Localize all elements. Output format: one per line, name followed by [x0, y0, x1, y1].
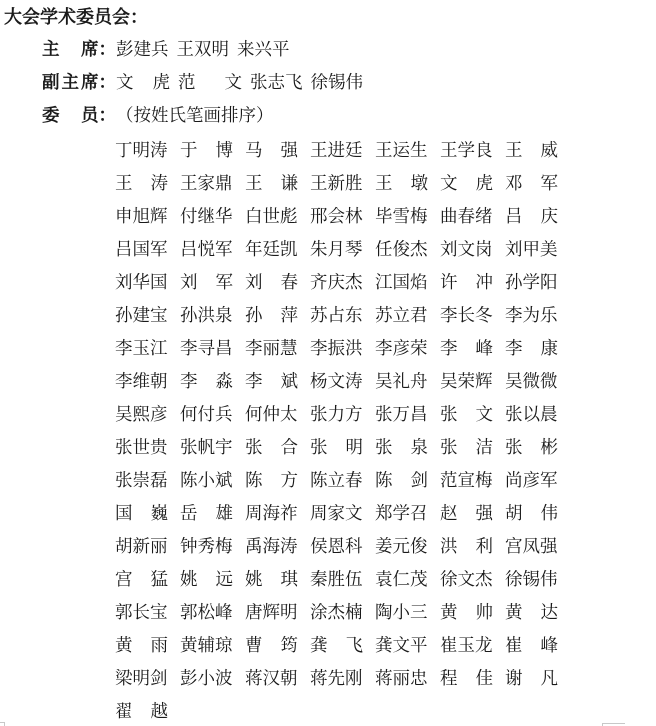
member-name: 姚琪 — [245, 568, 298, 601]
member-name-part: 周海祚 — [245, 502, 298, 535]
member-name-part: 方 — [281, 469, 299, 502]
member-name: 李玉江 — [115, 337, 168, 370]
member-name: 苏立君 — [375, 304, 428, 337]
member-name-part: 李玉江 — [115, 337, 168, 370]
member-name-part: 军 — [541, 172, 559, 205]
member-name-part: 墩 — [411, 172, 429, 205]
member-name: 姚远 — [180, 568, 233, 601]
member-name-part: 张 — [440, 436, 458, 469]
vice-chair-names: 文虎 范文 张志飞 徐锡伟 — [116, 71, 371, 95]
member-name-part: 宫 — [115, 568, 133, 601]
member-name: 禹海涛 — [245, 535, 298, 568]
member-name-part: 杨文涛 — [310, 370, 363, 403]
member-name-part: 博 — [216, 139, 234, 172]
member-name: 王运生 — [375, 139, 428, 172]
member-name: 翟越 — [115, 700, 168, 726]
member-name-part: 王运生 — [375, 139, 428, 172]
member-name-part: 王 — [115, 172, 133, 205]
member-name-part: 张 — [505, 436, 523, 469]
member-name-part: 强 — [281, 139, 299, 172]
vice-chair-name: 范文 — [178, 71, 242, 95]
member-name-part: 远 — [216, 568, 234, 601]
member-name: 张世贵 — [115, 436, 168, 469]
member-name-part: 郭长宝 — [115, 601, 168, 634]
member-name: 赵强 — [440, 502, 493, 535]
member-name-part: 春 — [281, 271, 299, 304]
member-name-part: 江国焰 — [375, 271, 428, 304]
member-name-part: 峰 — [476, 337, 494, 370]
member-name: 陈剑 — [375, 469, 428, 502]
member-name-part: 任俊杰 — [375, 238, 428, 271]
member-name: 刘文岗 — [440, 238, 493, 271]
member-name-part: 王 — [375, 172, 393, 205]
member-name: 李维朝 — [115, 370, 168, 403]
member-name: 孙萍 — [245, 304, 298, 337]
member-name: 吕庆 — [505, 205, 558, 238]
member-name-part: 龚文平 — [375, 634, 428, 667]
member-name: 申旭辉 — [115, 205, 168, 238]
member-name: 张力方 — [310, 403, 363, 436]
member-name-part: 李 — [440, 337, 458, 370]
member-name-part: 李寻昌 — [180, 337, 233, 370]
member-name: 王新胜 — [310, 172, 363, 205]
member-name-part: 孙 — [245, 304, 263, 337]
member-name-part: 于 — [180, 139, 198, 172]
member-name-part: 巍 — [151, 502, 169, 535]
member-name-part: 剑 — [411, 469, 429, 502]
member-name-part: 何付兵 — [180, 403, 233, 436]
member-name-part: 程 — [440, 667, 458, 700]
member-name: 吕国军 — [115, 238, 168, 271]
member-name: 李为乐 — [505, 304, 558, 337]
member-name: 白世彪 — [245, 205, 298, 238]
vice-chair-row: 副 主 席： 文虎 范文 张志飞 徐锡伟 — [42, 71, 371, 95]
member-name-part: 文 — [476, 403, 494, 436]
member-name-part: 国 — [115, 502, 133, 535]
member-name: 毕雪梅 — [375, 205, 428, 238]
member-name-part: 冲 — [476, 271, 494, 304]
member-name: 黄辅琼 — [180, 634, 233, 667]
member-name: 王进廷 — [310, 139, 363, 172]
member-name-part: 洁 — [476, 436, 494, 469]
member-name: 马强 — [245, 139, 298, 172]
member-name: 宫凤强 — [505, 535, 558, 568]
member-name-part: 郑学召 — [375, 502, 428, 535]
member-name-part: 刘甲美 — [505, 238, 558, 271]
member-name-part: 淼 — [216, 370, 234, 403]
member-name: 邢会林 — [310, 205, 363, 238]
member-name-part: 翟 — [115, 700, 133, 726]
member-name: 郑学召 — [375, 502, 428, 535]
member-name: 杨文涛 — [310, 370, 363, 403]
member-name: 付继华 — [180, 205, 233, 238]
chair-name: 彭建兵 — [116, 38, 169, 62]
member-name-part: 宫凤强 — [505, 535, 558, 568]
member-name: 李长冬 — [440, 304, 493, 337]
member-name-part: 姜元俊 — [375, 535, 428, 568]
member-name-part: 庆 — [541, 205, 559, 238]
member-name-part: 李彦荣 — [375, 337, 428, 370]
page-corner-mark — [0, 722, 5, 726]
member-name: 张泉 — [375, 436, 428, 469]
member-name: 尚彦军 — [505, 469, 558, 502]
member-name: 刘春 — [245, 271, 298, 304]
member-name: 曲春绪 — [440, 205, 493, 238]
member-name-part: 康 — [541, 337, 559, 370]
member-name-part: 朱月琴 — [310, 238, 363, 271]
member-name: 张明 — [310, 436, 363, 469]
member-name: 江国焰 — [375, 271, 428, 304]
member-name-part: 毕雪梅 — [375, 205, 428, 238]
member-name-part: 彭小波 — [180, 667, 233, 700]
member-name-part: 文 — [440, 172, 458, 205]
member-name-part: 张以晨 — [505, 403, 558, 436]
member-name: 郭松峰 — [180, 601, 233, 634]
member-name-part: 强 — [476, 502, 494, 535]
member-name-part: 姚 — [245, 568, 263, 601]
member-name-part: 利 — [476, 535, 494, 568]
member-name: 黄达 — [505, 601, 558, 634]
member-name-part: 泉 — [411, 436, 429, 469]
member-name-part: 越 — [151, 700, 169, 726]
vice-chair-label-char: 席： — [81, 71, 116, 95]
member-name-part: 李长冬 — [440, 304, 493, 337]
member-name-part: 徐文杰 — [440, 568, 493, 601]
member-name-part: 峰 — [541, 634, 559, 667]
member-name-part: 胡新丽 — [115, 535, 168, 568]
member-name-part: 丁明涛 — [115, 139, 168, 172]
member-name-part: 邢会林 — [310, 205, 363, 238]
member-name: 王墩 — [375, 172, 428, 205]
member-name-part: 申旭辉 — [115, 205, 168, 238]
vice-chair-name: 徐锡伟 — [311, 71, 364, 95]
member-name-part: 李为乐 — [505, 304, 558, 337]
member-name-part: 刘 — [245, 271, 263, 304]
member-name: 王家鼎 — [180, 172, 233, 205]
member-name-part: 许 — [440, 271, 458, 304]
member-name-part: 王学良 — [440, 139, 493, 172]
member-name-part: 何仲太 — [245, 403, 298, 436]
member-name-part: 胡 — [505, 502, 523, 535]
member-name-part: 梁明剑 — [115, 667, 168, 700]
member-name: 徐锡伟 — [505, 568, 558, 601]
member-name-part: 谢 — [505, 667, 523, 700]
member-name: 丁明涛 — [115, 139, 168, 172]
member-name: 蒋汉朝 — [245, 667, 298, 700]
member-name: 吴熙彦 — [115, 403, 168, 436]
member-name-part: 吴荣辉 — [440, 370, 493, 403]
member-name-part: 吕 — [505, 205, 523, 238]
member-name: 黄雨 — [115, 634, 168, 667]
member-name: 张崇磊 — [115, 469, 168, 502]
member-name-part: 徐锡伟 — [505, 568, 558, 601]
member-name-part: 白世彪 — [245, 205, 298, 238]
member-name: 刘甲美 — [505, 238, 558, 271]
member-name: 徐文杰 — [440, 568, 493, 601]
member-name-part: 孙洪泉 — [180, 304, 233, 337]
vice-chair-label-char: 副 — [42, 71, 60, 95]
member-name-part: 筠 — [281, 634, 299, 667]
member-name-part: 蒋汉朝 — [245, 667, 298, 700]
member-name-part: 李振洪 — [310, 337, 363, 370]
member-name: 张帆宇 — [180, 436, 233, 469]
member-name: 李寻昌 — [180, 337, 233, 370]
member-name-part: 齐庆杰 — [310, 271, 363, 304]
member-name: 刘军 — [180, 271, 233, 304]
member-name: 陈方 — [245, 469, 298, 502]
member-name-part: 涛 — [151, 172, 169, 205]
member-name: 齐庆杰 — [310, 271, 363, 304]
member-name-part: 孙学阳 — [505, 271, 558, 304]
member-name: 年廷凯 — [245, 238, 298, 271]
member-name-part: 吴礼舟 — [375, 370, 428, 403]
member-name-part: 赵 — [440, 502, 458, 535]
member-name: 吴礼舟 — [375, 370, 428, 403]
vice-chair-label: 副 主 席： — [42, 71, 116, 95]
member-name-part: 吴熙彦 — [115, 403, 168, 436]
member-name: 吕悦军 — [180, 238, 233, 271]
members-grid: 丁明涛于博马强王进廷王运生王学良王威王涛王家鼎王谦王新胜王墩文虎邓军申旭辉付继华… — [115, 139, 570, 726]
member-name: 文虎 — [440, 172, 493, 205]
member-name-part: 洪 — [440, 535, 458, 568]
member-name: 龚飞 — [310, 634, 363, 667]
member-name: 苏占东 — [310, 304, 363, 337]
member-name-part: 威 — [541, 139, 559, 172]
member-name: 张洁 — [440, 436, 493, 469]
member-name-part: 侯恩科 — [310, 535, 363, 568]
member-name: 李康 — [505, 337, 558, 370]
member-name-part: 崔玉龙 — [440, 634, 493, 667]
member-name-part: 虎 — [476, 172, 494, 205]
member-name-part: 吴微微 — [505, 370, 558, 403]
member-name: 张以晨 — [505, 403, 558, 436]
member-name-part: 合 — [281, 436, 299, 469]
member-name-part: 郭松峰 — [180, 601, 233, 634]
member-name-part: 张世贵 — [115, 436, 168, 469]
member-name: 陈立春 — [310, 469, 363, 502]
member-name: 崔峰 — [505, 634, 558, 667]
member-name-part: 蒋先刚 — [310, 667, 363, 700]
member-name-part: 钟秀梅 — [180, 535, 233, 568]
member-name-part: 黄 — [115, 634, 133, 667]
member-name-part: 张力方 — [310, 403, 363, 436]
member-name-part: 曹 — [245, 634, 263, 667]
member-name-part: 军 — [216, 271, 234, 304]
member-name-part: 邓 — [505, 172, 523, 205]
member-name: 范宣梅 — [440, 469, 493, 502]
member-name: 蒋丽忠 — [375, 667, 428, 700]
chair-row: 主 席： 彭建兵 王双明 来兴平 — [42, 38, 298, 62]
member-name-part: 姚 — [180, 568, 198, 601]
member-name: 刘华国 — [115, 271, 168, 304]
member-name-part: 李 — [180, 370, 198, 403]
member-name-part: 佳 — [476, 667, 494, 700]
member-name-part: 凡 — [541, 667, 559, 700]
member-name: 张文 — [440, 403, 493, 436]
member-name-part: 范宣梅 — [440, 469, 493, 502]
member-name: 曹筠 — [245, 634, 298, 667]
committee-title: 大会学术委员会： — [4, 6, 148, 30]
member-name-part: 张 — [245, 436, 263, 469]
member-name-part: 刘 — [180, 271, 198, 304]
member-name-part: 涂杰楠 — [310, 601, 363, 634]
member-label-char: 委 — [42, 104, 60, 128]
member-name: 郭长宝 — [115, 601, 168, 634]
member-name: 胡伟 — [505, 502, 558, 535]
member-name: 李彦荣 — [375, 337, 428, 370]
member-name-part: 彬 — [541, 436, 559, 469]
member-name-part: 王 — [245, 172, 263, 205]
member-name: 李振洪 — [310, 337, 363, 370]
member-name-part: 崔 — [505, 634, 523, 667]
member-name: 岳雄 — [180, 502, 233, 535]
member-name-part: 陈立春 — [310, 469, 363, 502]
member-name: 彭小波 — [180, 667, 233, 700]
member-name: 谢凡 — [505, 667, 558, 700]
member-name: 任俊杰 — [375, 238, 428, 271]
member-name: 梁明剑 — [115, 667, 168, 700]
chair-names: 彭建兵 王双明 来兴平 — [116, 38, 298, 62]
member-name-part: 王 — [505, 139, 523, 172]
member-name: 黄帅 — [440, 601, 493, 634]
member-name-part: 张万昌 — [375, 403, 428, 436]
member-name: 张合 — [245, 436, 298, 469]
member-name: 李峰 — [440, 337, 493, 370]
member-name: 王涛 — [115, 172, 168, 205]
member-name: 李丽慧 — [245, 337, 298, 370]
member-name: 吴荣辉 — [440, 370, 493, 403]
member-name-part: 黄辅琼 — [180, 634, 233, 667]
member-name-part: 雄 — [216, 502, 234, 535]
member-name-part: 张帆宇 — [180, 436, 233, 469]
member-name: 孙学阳 — [505, 271, 558, 304]
member-name-part: 苏立君 — [375, 304, 428, 337]
member-name-part: 李维朝 — [115, 370, 168, 403]
member-name-part: 黄 — [505, 601, 523, 634]
member-name: 周家文 — [310, 502, 363, 535]
member-name-part: 张 — [375, 436, 393, 469]
member-name: 王谦 — [245, 172, 298, 205]
member-name: 侯恩科 — [310, 535, 363, 568]
member-name-part: 陶小三 — [375, 601, 428, 634]
member-name: 陶小三 — [375, 601, 428, 634]
member-name-part: 张崇磊 — [115, 469, 168, 502]
member-name: 于博 — [180, 139, 233, 172]
member-name: 周海祚 — [245, 502, 298, 535]
member-name-part: 尚彦军 — [505, 469, 558, 502]
member-name: 孙建宝 — [115, 304, 168, 337]
member-name: 张万昌 — [375, 403, 428, 436]
member-name: 何付兵 — [180, 403, 233, 436]
member-name-part: 伟 — [541, 502, 559, 535]
member-name: 孙洪泉 — [180, 304, 233, 337]
member-name: 邓军 — [505, 172, 558, 205]
member-name-part: 萍 — [281, 304, 299, 337]
member-name: 许冲 — [440, 271, 493, 304]
member-name: 王学良 — [440, 139, 493, 172]
member-name: 袁仁茂 — [375, 568, 428, 601]
member-name-part: 猛 — [151, 568, 169, 601]
member-name-part: 李 — [505, 337, 523, 370]
member-name-part: 王家鼎 — [180, 172, 233, 205]
member-name: 钟秀梅 — [180, 535, 233, 568]
member-name-part: 岳 — [180, 502, 198, 535]
vice-chair-name: 文虎 — [116, 71, 170, 95]
member-name-part: 苏占东 — [310, 304, 363, 337]
member-name-part: 孙建宝 — [115, 304, 168, 337]
member-name-part: 斌 — [281, 370, 299, 403]
member-name: 程佳 — [440, 667, 493, 700]
chair-name: 来兴平 — [237, 38, 290, 62]
member-name-part: 张 — [440, 403, 458, 436]
member-name: 涂杰楠 — [310, 601, 363, 634]
member-name-part: 袁仁茂 — [375, 568, 428, 601]
member-name: 陈小斌 — [180, 469, 233, 502]
member-name: 唐辉明 — [245, 601, 298, 634]
member-name: 宫猛 — [115, 568, 168, 601]
member-name-part: 达 — [541, 601, 559, 634]
member-name-part: 帅 — [476, 601, 494, 634]
member-name: 王威 — [505, 139, 558, 172]
member-name-part: 李 — [245, 370, 263, 403]
member-name: 洪利 — [440, 535, 493, 568]
member-name-part: 李丽慧 — [245, 337, 298, 370]
member-name-part: 飞 — [346, 634, 364, 667]
chair-label-char: 主 — [42, 38, 60, 62]
member-name: 李淼 — [180, 370, 233, 403]
member-name: 朱月琴 — [310, 238, 363, 271]
member-name-part: 马 — [245, 139, 263, 172]
member-label-char: 员： — [81, 104, 116, 128]
member-name-part: 秦胜伍 — [310, 568, 363, 601]
member-name-part: 蒋丽忠 — [375, 667, 428, 700]
sort-note: （按姓氏笔画排序） — [116, 104, 274, 128]
member-name-part: 刘文岗 — [440, 238, 493, 271]
member-name-part: 谦 — [281, 172, 299, 205]
member-name: 吴微微 — [505, 370, 558, 403]
vice-chair-label-char: 主 — [62, 71, 80, 95]
member-name: 张彬 — [505, 436, 558, 469]
chair-label: 主 席： — [42, 38, 116, 62]
member-name-part: 雨 — [151, 634, 169, 667]
member-name-part: 王进廷 — [310, 139, 363, 172]
member-name: 秦胜伍 — [310, 568, 363, 601]
member-name: 姜元俊 — [375, 535, 428, 568]
member-row: 委 员： （按姓氏笔画排序） — [42, 104, 274, 128]
member-name-part: 曲春绪 — [440, 205, 493, 238]
member-name-part: 年廷凯 — [245, 238, 298, 271]
member-name-part: 唐辉明 — [245, 601, 298, 634]
member-name-part: 吕悦军 — [180, 238, 233, 271]
chair-label-char: 席： — [81, 38, 116, 62]
member-name-part: 陈 — [375, 469, 393, 502]
chair-name: 王双明 — [177, 38, 230, 62]
member-name-part: 琪 — [281, 568, 299, 601]
member-name: 李斌 — [245, 370, 298, 403]
member-name-part: 张 — [310, 436, 328, 469]
member-name-part: 王新胜 — [310, 172, 363, 205]
member-name-part: 明 — [346, 436, 364, 469]
member-name-part: 吕国军 — [115, 238, 168, 271]
member-name-part: 刘华国 — [115, 271, 168, 304]
member-name: 胡新丽 — [115, 535, 168, 568]
member-name-part: 陈 — [245, 469, 263, 502]
member-name: 龚文平 — [375, 634, 428, 667]
member-name: 崔玉龙 — [440, 634, 493, 667]
member-name: 国巍 — [115, 502, 168, 535]
member-name-part: 龚 — [310, 634, 328, 667]
member-name-part: 付继华 — [180, 205, 233, 238]
